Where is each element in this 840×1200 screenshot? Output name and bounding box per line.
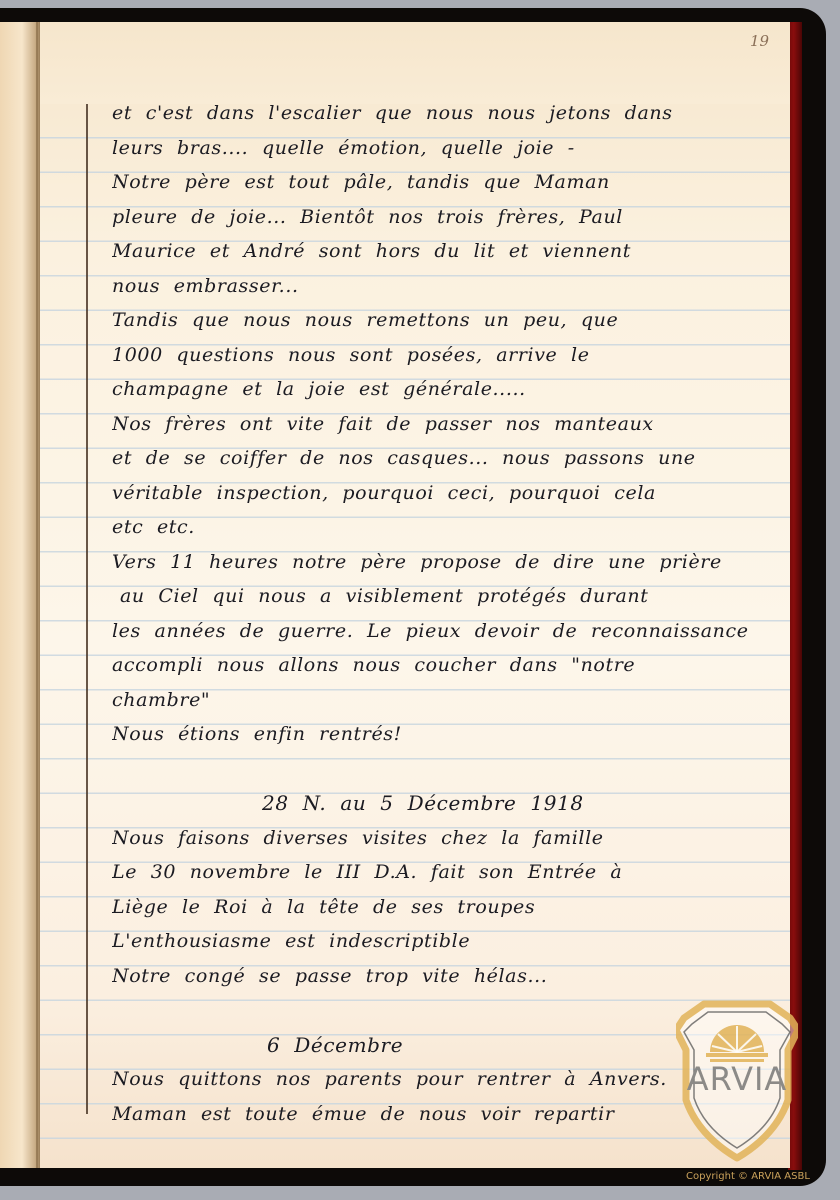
- text-line: accompli nous allons nous coucher dans "…: [112, 648, 788, 683]
- text-line: Maurice et André sont hors du lit et vie…: [112, 234, 788, 269]
- arvia-watermark: ARVIA: [676, 1000, 798, 1162]
- text-line: et de se coiffer de nos casques... nous …: [112, 441, 788, 476]
- text-line: leurs bras.... quelle émotion, quelle jo…: [112, 131, 788, 166]
- page-red-edge: [788, 22, 802, 1170]
- blank-line: [112, 752, 788, 787]
- text-line: véritable inspection, pourquoi ceci, pou…: [112, 476, 788, 511]
- text-line: 1000 questions nous sont posées, arrive …: [112, 338, 788, 373]
- text-line: et c'est dans l'escalier que nous nous j…: [112, 96, 788, 131]
- text-line: Notre congé se passe trop vite hélas...: [112, 959, 788, 994]
- text-line: Liège le Roi à la tête de ses troupes: [112, 890, 788, 925]
- text-line: champagne et la joie est générale.....: [112, 372, 788, 407]
- text-line: chambre": [112, 683, 788, 718]
- text-line: Nous faisons diverses visites chez la fa…: [112, 821, 788, 856]
- handwritten-text: et c'est dans l'escalier que nous nous j…: [112, 96, 788, 1131]
- text-line: Nous étions enfin rentrés!: [112, 717, 788, 752]
- text-line: Le 30 novembre le III D.A. fait son Entr…: [112, 855, 788, 890]
- text-line: Vers 11 heures notre père propose de dir…: [112, 545, 788, 580]
- margin-line: [86, 104, 88, 1114]
- text-line: etc etc.: [112, 510, 788, 545]
- binding-gutter: [0, 22, 40, 1168]
- text-line: Tandis que nous nous remettons un peu, q…: [112, 303, 788, 338]
- text-line: L'enthousiasme est indescriptible: [112, 924, 788, 959]
- text-line: au Ciel qui nous a visiblement protégés …: [112, 579, 788, 614]
- watermark-logo-text: ARVIA: [676, 1060, 798, 1098]
- text-line: Nos frères ont vite fait de passer nos m…: [112, 407, 788, 442]
- text-line: pleure de joie... Bientôt nos trois frèr…: [112, 200, 788, 235]
- copyright-notice: Copyright © ARVIA ASBL: [686, 1171, 810, 1182]
- page-number: 19: [750, 32, 769, 50]
- text-line: Notre père est tout pâle, tandis que Mam…: [112, 165, 788, 200]
- notebook-page: 19 et c'est dans l'escalier que nous nou…: [0, 22, 790, 1168]
- text-line: les années de guerre. Le pieux devoir de…: [112, 614, 788, 649]
- text-line: nous embrasser...: [112, 269, 788, 304]
- date-heading: 28 N. au 5 Décembre 1918: [112, 786, 788, 821]
- gutter-fold: [36, 22, 38, 1168]
